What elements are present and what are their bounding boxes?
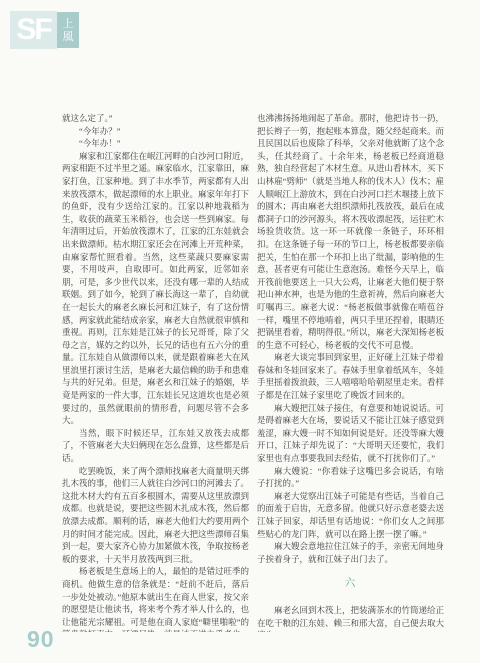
paragraph: 麻老大谈完事回到家里，正好碰上江妹子带着春妹和冬娃回家来了。春妹手里拿着纸风车，… bbox=[257, 351, 444, 401]
paragraph: 杨老板是生意场上的人，最怕的是错过旺季的商机。他做生意的信条就是：“赶前不赶后，… bbox=[62, 565, 249, 632]
book-page: SF 上 風 就这么定了。” “今年办？” “今年办！” 麻家和江家都住在岷江河… bbox=[0, 0, 480, 663]
page-number: 90 bbox=[27, 626, 55, 653]
logo-seal-char-top: 上 bbox=[63, 17, 74, 30]
paragraph: 就这么定了。” bbox=[62, 112, 249, 125]
paragraph: 麻老幺回到木筏上，把装满茶水的竹筒递给正在吃干粮的江东娃、赖三和邢大富，自己便去… bbox=[257, 604, 444, 632]
paragraph: 麻大嫂说：“你看妹子这嘴巴多会说话，有啥子打扰的。” bbox=[257, 465, 444, 490]
section-number-heading: 六 bbox=[257, 578, 444, 591]
logo-seal-icon: 上 風 bbox=[57, 12, 79, 48]
paragraph: 吃罢晚饭，来了两个漂师找麻老大商量明天绑扎木筏的事，他们三人就往白沙河口的河滩去… bbox=[62, 465, 249, 566]
paragraph: “今年办？” bbox=[62, 125, 249, 138]
logo-seal-char-bottom: 風 bbox=[63, 30, 74, 43]
magazine-logo: SF 上 風 bbox=[10, 11, 79, 49]
paragraph: 麻家和江家都住在岷江河畔的白沙河口附近，两家相距不过半里之遥。麻家临水，江家靠田… bbox=[62, 150, 249, 427]
paragraph: 麻大嫂会意地拉住江妹子的手，亲密无间地身子挨着身子，就和江妹子出门去了。 bbox=[257, 540, 444, 565]
paragraph: 当然，眼下时候还早，江东娃又放筏去成都了，不管麻老大夫妇俩现在怎么盘算，这些都是… bbox=[62, 427, 249, 465]
paragraph: 也沸沸扬扬地闹起了革命。那时，他把诗书一扔，把长辫子一剪，抱起账本算盘，随父经起… bbox=[257, 112, 444, 351]
paragraph: “今年办！” bbox=[62, 137, 249, 150]
paragraph: 麻老大觉察出江妹子可能是有些话，当着自己的面羞于启齿，无意多留。他就只好示意老婆… bbox=[257, 490, 444, 540]
left-text-column: 就这么定了。” “今年办？” “今年办！” 麻家和江家都住在岷江河畔的白沙河口附… bbox=[62, 112, 249, 632]
paragraph: 麻大嫂把江妹子接住，有意要和她说说话。可是碍着麻老大在场，要说话又不能让江妹子感… bbox=[257, 402, 444, 465]
right-text-column: 也沸沸扬扬地闹起了革命。那时，他把诗书一扔，把长辫子一剪，抱起账本算盘，随父经起… bbox=[257, 112, 444, 632]
logo-sf-letters: SF bbox=[10, 11, 57, 49]
